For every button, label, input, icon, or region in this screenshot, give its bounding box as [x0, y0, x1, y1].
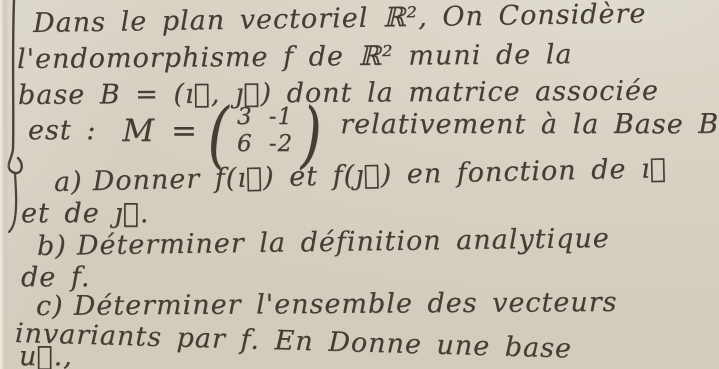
question-a-line-2: et de ȷ⃗.	[21, 198, 149, 229]
question-c-line-1: c) Déterminer l'ensemble des vecteurs	[36, 287, 618, 322]
matrix-entry-12: -1	[269, 104, 293, 130]
matrix: M = ( 3 -1 6 -2 )	[122, 104, 326, 157]
question-c-line-2: invariants par f. En Donne une base	[15, 318, 573, 365]
matrix-line-prefix: est :	[28, 115, 96, 146]
question-c-line-3: u⃗.,	[19, 341, 73, 369]
photo-edge-shadow	[0, 0, 9, 369]
matrix-cells: 3 -1 6 -2	[233, 104, 297, 157]
question-a-label: a)	[54, 166, 83, 198]
question-c-text: Déterminer l'ensemble des vecteurs	[74, 287, 618, 322]
question-b-label: b)	[37, 231, 67, 262]
intro-line-1: Dans le plan vectoriel ℝ², On Considère	[33, 0, 647, 39]
question-c-label: c)	[36, 291, 64, 322]
question-b-text: Déterminer la définition analytique	[77, 223, 610, 261]
matrix-lhs: M =	[122, 113, 198, 149]
question-b-line-1: b) Déterminer la définition analytique	[37, 223, 610, 262]
matrix-entry-21: 6	[237, 131, 253, 157]
question-a-line-1: a) Donner f(ı⃗) et f(ȷ⃗) en fonction de …	[54, 153, 668, 198]
matrix-entry-11: 3	[237, 104, 253, 130]
matrix-line-suffix: relativement à la Base B.	[340, 109, 719, 140]
question-a-text: Donner f(ı⃗) et f(ȷ⃗) en fonction de ı⃗	[92, 153, 667, 197]
exercise-sheet: Dans le plan vectoriel ℝ², On Considère …	[0, 0, 719, 369]
intro-line-2: l'endomorphisme f de ℝ² muni de la	[17, 39, 573, 75]
matrix-line: est : M = ( 3 -1 6 -2 ) relativement à l…	[28, 104, 719, 157]
matrix-entry-22: -2	[269, 131, 293, 157]
question-b-line-2: de f.	[21, 262, 90, 293]
